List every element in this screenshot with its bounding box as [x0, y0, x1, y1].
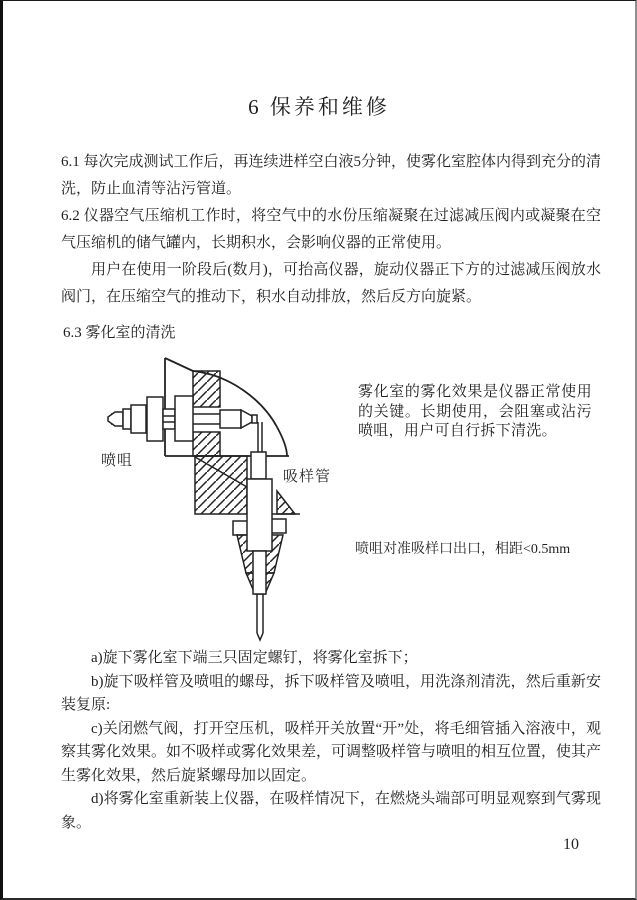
tube-holder	[251, 452, 266, 479]
nozzle-assembly	[108, 396, 193, 441]
paragraph-6-2-continued: 用户在使用一阶段后(数月)，可抬高仪器，旋动仪器正下方的过滤减压阀放水阀门，在压…	[61, 257, 601, 311]
step-c: c)关闭燃气阀，打开空压机，吸样开关放置“开”处，将毛细管插入溶液中，观察其雾化…	[61, 718, 601, 789]
sampling-tube-capillary	[258, 422, 262, 452]
page-title: 6 保养和维修	[3, 91, 635, 121]
step-a: a)旋下雾化室下端三只固定螺钉，将雾化室拆下；	[61, 647, 601, 671]
cleaning-steps: a)旋下雾化室下端三只固定螺钉，将雾化室拆下； b)旋下吸样管及喷咀的螺母，拆下…	[61, 647, 601, 835]
document-page: 6 保养和维修 6.1 每次完成测试工作后，再连续进样空白液5分钟，使雾化室腔体…	[0, 0, 637, 900]
step-b: b)旋下吸样管及喷咀的螺母，拆下吸样管及喷咀，用洗涤剂清洗，然后重新安装复原:	[61, 671, 601, 718]
figure-note: 雾化室的雾化效果是仪器正常使用的关键。长期使用，会阻塞或沾污喷咀，用户可自行拆下…	[358, 383, 592, 442]
nozzle-label: 喷咀	[101, 449, 133, 470]
paragraph-6-2: 6.2 仪器空气压缩机工作时，将空气中的水份压缩凝聚在过滤减压阀内或凝聚在空气压…	[61, 203, 601, 257]
paragraph-6-1: 6.1 每次完成测试工作后，再连续进样空白液5分钟，使雾化室腔体内得到充分的清洗…	[61, 149, 601, 203]
atomizer-diagram	[81, 355, 356, 647]
sampling-tube-label: 吸样管	[283, 465, 331, 486]
figure-caption: 喷咀对准吸样口出口，相距<0.5mm	[355, 538, 611, 558]
page-number: 10	[563, 836, 579, 854]
step-d: d)将雾化室重新装上仪器，在吸样情况下，在燃烧头端部可明显观察到气雾现象。	[61, 788, 601, 835]
nozzle-tip	[220, 410, 257, 428]
section-heading-6-3: 6.3 雾化室的清洗	[63, 321, 176, 342]
sampling-needle	[257, 594, 263, 640]
atomizer-chamber-figure: 喷咀 吸样管	[81, 355, 356, 647]
maintenance-text-block: 6.1 每次完成测试工作后，再连续进样空白液5分钟，使雾化室腔体内得到充分的清洗…	[61, 149, 601, 311]
